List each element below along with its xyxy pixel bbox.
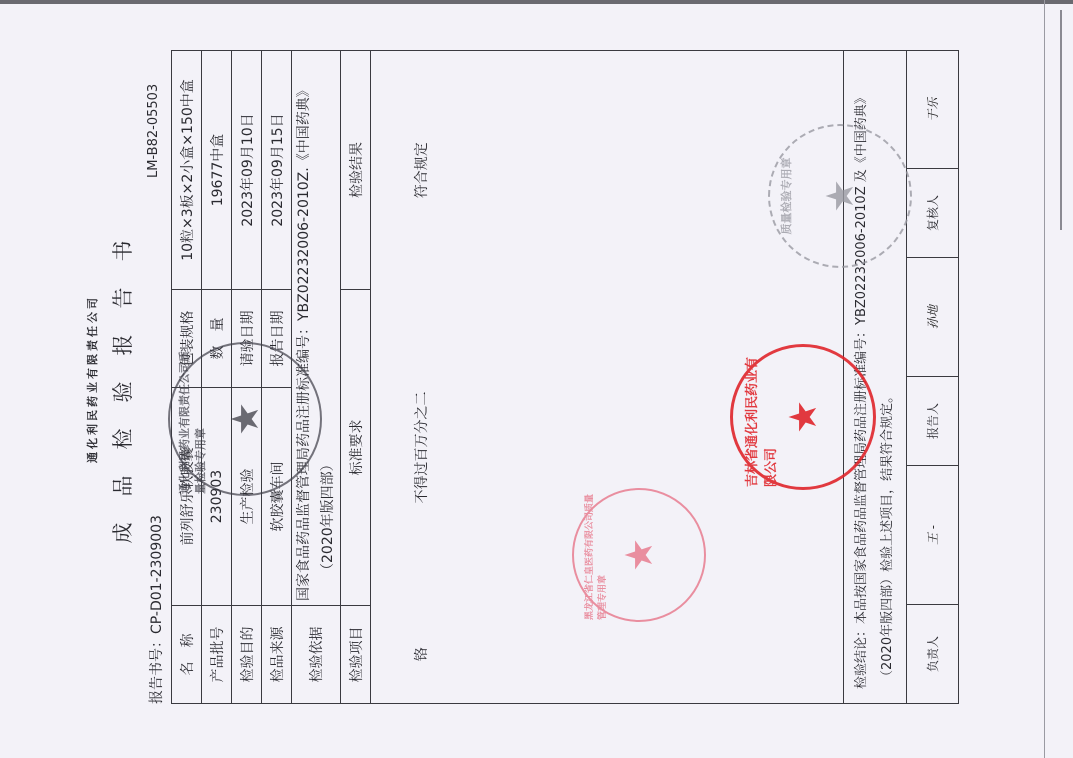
form-number: LM-B82-05503 xyxy=(146,84,161,178)
head-signature: 王 - xyxy=(907,466,958,605)
signature-cell: 负责人 王 - 报告人 孙地 复核人 于乐 xyxy=(907,51,959,704)
signature-table: 负责人 王 - 报告人 孙地 复核人 于乐 xyxy=(907,51,958,703)
header-result: 检验结果 xyxy=(341,51,371,290)
reviewer-signature: 于乐 xyxy=(907,51,958,169)
basis-text: 国家食品药品监督管理局药品注册标准编号：YBZ02232006-2010Z.《中… xyxy=(292,51,341,606)
row-value: 10粒×3板×2小盒×150中盒 xyxy=(172,51,202,290)
head-label: 负责人 xyxy=(907,605,958,704)
star-icon: ★ xyxy=(818,179,862,213)
basis-line-1: 国家食品药品监督管理局药品注册标准编号：YBZ02232006-2010Z.《中… xyxy=(292,55,316,601)
star-icon: ★ xyxy=(617,538,661,572)
company-seal-stamp: ★ 吉林省通化利民药业有限公司 xyxy=(730,344,876,490)
row-label: 产品批号 xyxy=(202,606,232,704)
header-requirement: 标准要求 xyxy=(341,290,371,606)
report-number-label: 报告书号： xyxy=(149,634,165,704)
report-number-value: CP-D01-2309003 xyxy=(149,515,165,634)
reviewer-label: 复核人 xyxy=(907,169,958,258)
row-value: 2023年09月15日 xyxy=(262,51,292,290)
gray-seal-stamp: ★ 质量检验专用章 xyxy=(768,124,912,268)
row-label: 检验目的 xyxy=(232,606,262,704)
star-icon: ★ xyxy=(781,400,825,434)
row-label: 名 称 xyxy=(172,606,202,704)
item-name: 铬 xyxy=(371,606,844,704)
row-value: 19677中盒 xyxy=(202,51,232,290)
company-name: 通化利民药业有限责任公司 xyxy=(84,0,100,758)
document-title: 成品检验报告书 xyxy=(107,0,137,758)
header-item: 检验项目 xyxy=(341,606,371,704)
pink-seal-text: 黑龙江省仁皇医药有限公司质量管理专用章 xyxy=(582,490,608,620)
qc-seal-stamp: ★ 通化利民药业有限责任公司质量检验专用章 xyxy=(168,342,322,496)
reporter-label: 报告人 xyxy=(907,377,958,466)
row-label: 检品来源 xyxy=(262,606,292,704)
signature-row: 负责人 王 - 报告人 孙地 复核人 于乐 xyxy=(907,51,959,704)
report-number: 报告书号：CP-D01-2309003 xyxy=(146,515,166,704)
pink-seal-stamp: ★ 黑龙江省仁皇医药有限公司质量管理专用章 xyxy=(572,488,706,622)
row-value: 2023年09月10日 xyxy=(232,51,262,290)
company-seal-text: 吉林省通化利民药业有限公司 xyxy=(741,347,779,487)
basis-label: 检验依据 xyxy=(292,606,341,704)
reporter-signature: 孙地 xyxy=(907,258,958,377)
table-header-row: 检验项目 标准要求 检验结果 xyxy=(341,51,371,704)
qc-seal-text: 通化利民药业有限责任公司质量检验专用章 xyxy=(176,344,208,494)
inspection-report-page: 通化利民药业有限责任公司 成品检验报告书 报告书号：CP-D01-2309003… xyxy=(0,0,1073,758)
gray-seal-text: 质量检验专用章 xyxy=(778,158,794,235)
star-icon: ★ xyxy=(223,402,267,436)
basis-line-2: （2020年版四部） xyxy=(316,55,340,601)
